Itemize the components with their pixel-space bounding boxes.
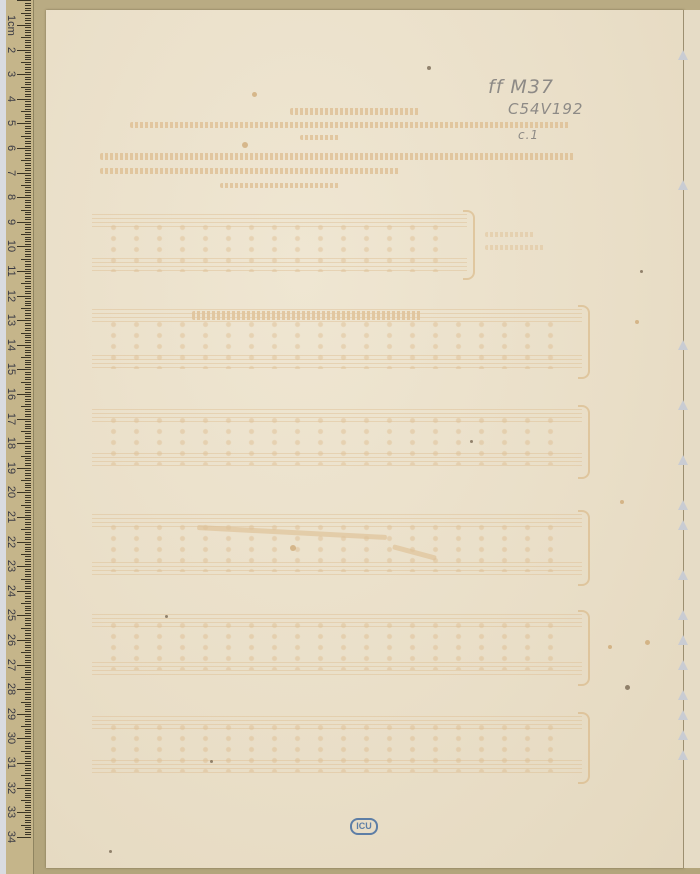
library-stamp: ICU bbox=[350, 818, 378, 835]
bleed-music-systems bbox=[0, 0, 700, 874]
